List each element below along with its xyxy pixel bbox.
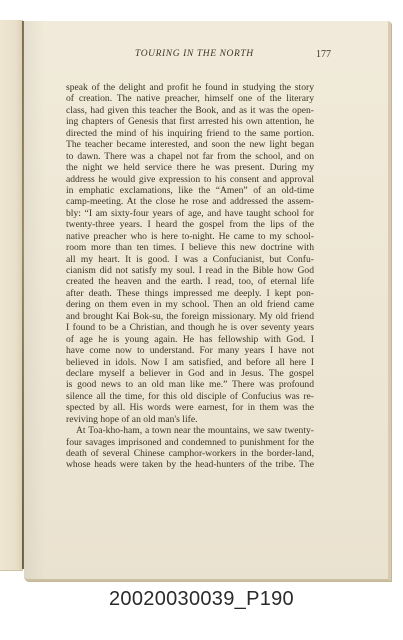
text-line: created the heaven and the earth. I read… — [66, 276, 314, 287]
text-line: of age he is young again. He has fellows… — [66, 334, 314, 345]
page-number: 177 — [316, 49, 331, 60]
text-line: declare myself a believer in God and in … — [66, 368, 314, 379]
text-line: twenty-three years. I heard the gospel f… — [66, 219, 314, 230]
text-line: all my heart. It is good. I was a Confuc… — [66, 254, 314, 265]
page-body-text: speak of the delight and profit he found… — [66, 82, 314, 471]
text-line: four savages imprisoned and condemned to… — [66, 437, 314, 448]
text-line: spected by all. His words were earnest, … — [66, 402, 314, 413]
text-line: cianism did not satisfy my soul. I read … — [66, 265, 314, 276]
text-line: address he would give expression to his … — [66, 174, 314, 185]
text-line: have come now to understand. For many ye… — [66, 345, 314, 356]
text-line: after death. These things impressed me d… — [66, 288, 314, 299]
text-line: speak of the delight and profit he found… — [66, 82, 314, 93]
text-line: bly: “I am sixty-four years of age, and … — [66, 208, 314, 219]
text-line: directed the mind of his inquiring frien… — [66, 128, 314, 139]
left-page-edge — [0, 20, 23, 571]
text-line: reviving hope of an old man's life. — [66, 414, 314, 425]
text-line: class, had given this teacher the Book, … — [66, 105, 314, 116]
running-head: TOURING IN THE NORTH 177 — [95, 49, 355, 63]
text-line: ing chapters of Genesis that first arres… — [66, 116, 314, 127]
text-line: of creation. The native preacher, himsel… — [66, 93, 314, 104]
text-line: room more than ten times. I believe this… — [66, 242, 314, 253]
text-line: to dawn. There was a chapel not far from… — [66, 151, 314, 162]
text-line: death of several Chinese camphor-workers… — [66, 448, 314, 459]
text-line: and brought Kai Bok-su, the foreign miss… — [66, 311, 314, 322]
text-line: At Toa-kho-ham, a town near the mountain… — [66, 425, 314, 436]
text-line: in emphatic exclamations, like the “Amen… — [66, 185, 314, 196]
text-line: native preacher who is here to-night. He… — [66, 231, 314, 242]
text-line: dering on them even in my school. Then a… — [66, 299, 314, 310]
text-line: I found to be a Christian, and though he… — [66, 322, 314, 333]
book-scan: TOURING IN THE NORTH 177 speak of the de… — [0, 0, 403, 580]
running-head-title: TOURING IN THE NORTH — [135, 49, 254, 59]
text-line: the night we held service there he was p… — [66, 162, 314, 173]
text-line: believed in idols. Now I am satisfied, a… — [66, 357, 314, 368]
text-line: silence all the time, for this old disci… — [66, 391, 314, 402]
text-line: whose heads were taken by the head-hunte… — [66, 459, 314, 470]
text-line: camp-meeting. At the close he rose and a… — [66, 196, 314, 207]
text-line: is good news to an old man like me.” The… — [66, 379, 314, 390]
image-caption-id: 20020030039_P190 — [0, 588, 403, 611]
text-line: The teacher became interested, and soon … — [66, 139, 314, 150]
